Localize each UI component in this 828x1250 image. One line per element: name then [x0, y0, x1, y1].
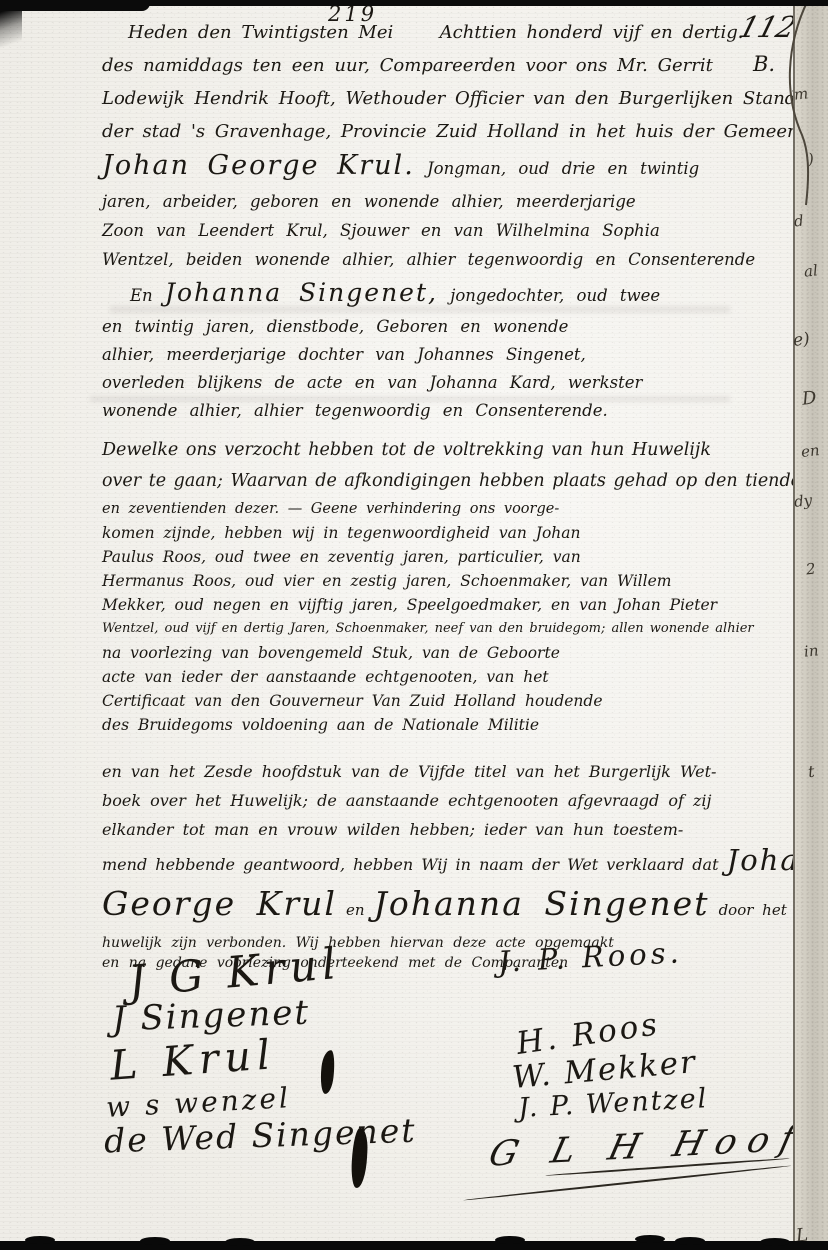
signature: w s wenzel: [105, 1081, 291, 1124]
text-line: wonende alhier, alhier tegenwoordig en C…: [102, 397, 800, 425]
married-names-line: George Krul en Johanna Singenet door het: [102, 881, 800, 933]
text-line: Wentzel, oud vijf en dertig Jaren, Schoe…: [102, 617, 800, 641]
text-line: der stad 's Gravenhage, Provincie Zuid H…: [102, 115, 800, 148]
act-text: Heden den Twintigsten Mei Achttien honde…: [102, 0, 800, 973]
adjacent-page-fragments: m)dale)Dendy2intL: [758, 0, 828, 1250]
text-segment: jongedochter, oud twee: [450, 286, 660, 305]
text-line: mend hebbende geantwoord, hebben Wij in …: [102, 844, 800, 881]
closing-final-lines: huwelijk zijn verbonden. Wij hebben hier…: [102, 933, 800, 973]
text-line: boek over het Huwelijk; de aanstaande ec…: [102, 786, 800, 815]
text-segment: en: [346, 901, 365, 919]
text-line: over te gaan; Waarvan de afkondigingen h…: [102, 466, 800, 497]
signature-flourish: [545, 1157, 790, 1176]
text-line: en zeventienden dezer. — Geene verhinder…: [102, 497, 800, 521]
signature: H. Roos: [514, 1006, 662, 1062]
scanned-document-page: 219 112 B. Heden den Twintigsten Mei Ach…: [0, 0, 828, 1250]
paragraph-opening: Heden den Twintigsten Mei Achttien honde…: [102, 16, 800, 148]
text-line: En Johanna Singenet, jongedochter, oud t…: [102, 276, 800, 313]
margin-fragment: e): [792, 329, 811, 351]
ink-blot: [350, 1128, 368, 1189]
text-line: na voorlezing van bovengemeld Stuk, van …: [102, 641, 800, 665]
scan-edge-bottom: [0, 1241, 828, 1250]
bride-extra-lines: en twintig jaren, dienstbode, Geboren en…: [102, 313, 800, 425]
margin-fragment: D: [801, 387, 818, 409]
signature: W. Mekker: [511, 1044, 698, 1096]
text-line: des Bruidegoms voldoening aan de Nationa…: [102, 713, 800, 737]
margin-fragment: al: [803, 261, 819, 280]
text-line: en van het Zesde hoofdstuk van de Vijfde…: [102, 757, 800, 786]
scan-edge-top-left: [0, 0, 22, 60]
bride-name: Johanna Singenet,: [165, 278, 438, 307]
margin-fragment: m: [793, 84, 809, 103]
closing-lines: en van het Zesde hoofdstuk van de Vijfde…: [102, 757, 800, 844]
text-line: overleden blijkens de acte en van Johann…: [102, 369, 800, 397]
text-line: Mekker, oud negen en vijftig jaren, Spee…: [102, 593, 800, 617]
text-line: Heden den Twintigsten Mei Achttien honde…: [102, 16, 800, 49]
text-line: Dewelke ons verzocht hebben tot de voltr…: [102, 435, 800, 466]
text-line: Hermanus Roos, oud vier en zestig jaren,…: [102, 569, 800, 593]
scan-edge-top: [0, 0, 828, 6]
text-line: Zoon van Leendert Krul, Sjouwer en van W…: [102, 216, 800, 245]
text-line: komen zijnde, hebben wij in tegenwoordig…: [102, 521, 800, 545]
paragraph-ceremony: Dewelke ons verzocht hebben tot de voltr…: [102, 435, 800, 737]
signature: J. P. Wentzel: [517, 1083, 709, 1124]
text-line: des namiddags ten een uur, Compareerden …: [102, 49, 800, 82]
margin-fragment: t: [807, 762, 815, 782]
paragraph-closing: en van het Zesde hoofdstuk van de Vijfde…: [102, 757, 800, 973]
text-line: Paulus Roos, oud twee en zeventig jaren,…: [102, 545, 800, 569]
text-segment: Jongman, oud drie en twintig: [427, 159, 699, 178]
groom-name: Johan George Krul.: [102, 150, 415, 181]
text-line: Lodewijk Hendrik Hooft, Wethouder Offici…: [102, 82, 800, 115]
margin-fragment: dy: [793, 491, 813, 511]
text-line: elkander tot man en vrouw wilden hebben;…: [102, 815, 800, 844]
bride-name-large: Johanna Singenet: [374, 884, 710, 923]
text-segment: En: [130, 286, 153, 305]
margin-fragment: in: [803, 641, 819, 660]
text-line: Johan George Krul. Jongman, oud drie en …: [102, 148, 800, 187]
signature: de Wed Singenet: [103, 1111, 417, 1161]
groom-name-large: George Krul: [102, 884, 337, 923]
signature: L Krul: [109, 1030, 278, 1089]
paragraph-bride: En Johanna Singenet, jongedochter, oud t…: [102, 276, 800, 425]
margin-fragment: 2: [806, 560, 817, 579]
text-line: jaren, arbeider, geboren en wonende alhi…: [102, 187, 800, 216]
signature: J Singenet: [111, 993, 310, 1040]
text-line: Certificaat van den Gouverneur Van Zuid …: [102, 689, 800, 713]
groom-extra-lines: jaren, arbeider, geboren en wonende alhi…: [102, 187, 800, 274]
margin-fragment: ): [807, 150, 815, 169]
paragraph-groom: Johan George Krul. Jongman, oud drie en …: [102, 148, 800, 274]
margin-fragment: en: [801, 441, 821, 461]
text-line: Wentzel, beiden wonende alhier, alhier t…: [102, 245, 800, 274]
text-line: en twintig jaren, dienstbode, Geboren en…: [102, 313, 800, 341]
text-segment: mend hebbende geantwoord, hebben Wij in …: [102, 855, 719, 874]
text-line: alhier, meerderjarige dochter van Johann…: [102, 341, 800, 369]
text-line: acte van ieder der aanstaande echtgenoot…: [102, 665, 800, 689]
ink-blot: [319, 1049, 337, 1094]
text-line: en na gedane voorlezing onderteekend met…: [102, 953, 800, 973]
text-line: huwelijk zijn verbonden. Wij hebben hier…: [102, 933, 800, 953]
margin-fragment: d: [793, 212, 804, 231]
